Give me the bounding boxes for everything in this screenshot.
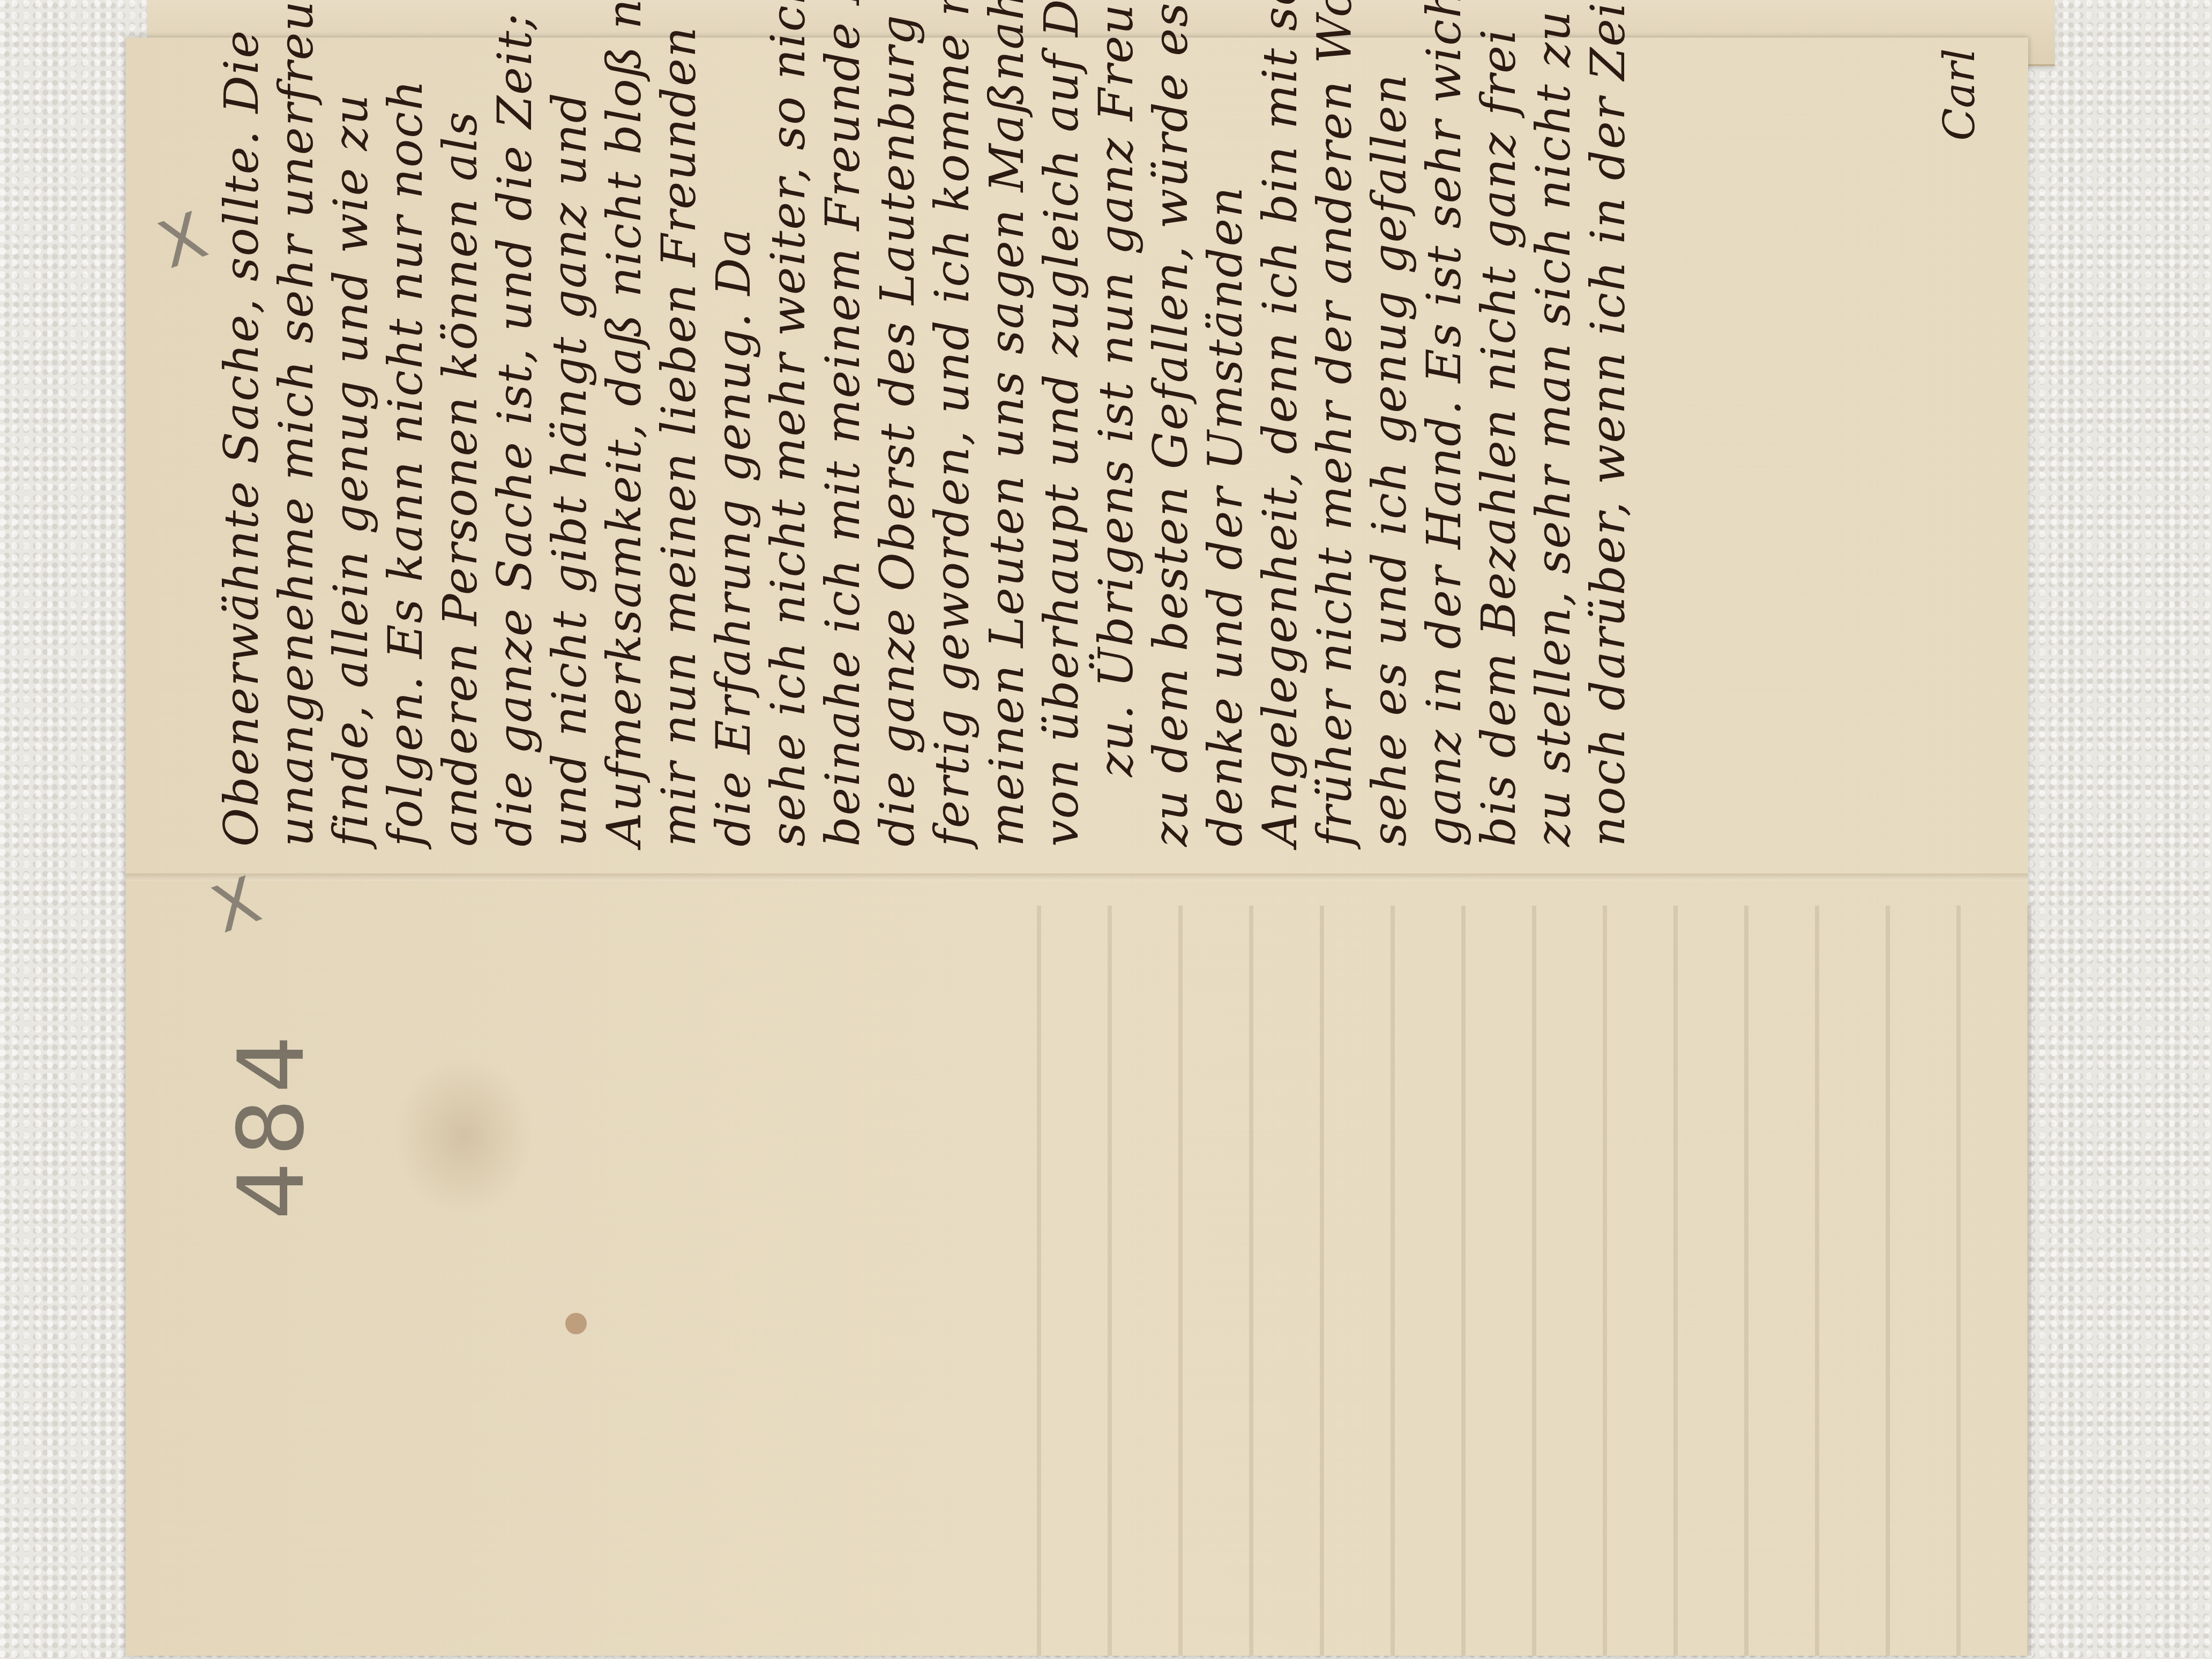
text-line: Aufmerksamkeit, daß nicht bloß nicht — [597, 70, 652, 847]
background-cloth-left — [0, 0, 134, 1659]
text-line: ganz in der Hand. Es ist sehr wichtig — [1417, 70, 1471, 847]
text-line: noch darüber, wenn ich in der Zeit — [1581, 70, 1635, 847]
signature: Carl — [1934, 48, 1984, 141]
text-line: zu dem besten Gefallen, würde es — [1144, 70, 1198, 847]
text-line: früher nicht mehr der anderen Woche, — [1307, 70, 1362, 847]
text-line: beinahe ich mit meinem Freunde Lautenbur… — [816, 70, 870, 847]
text-line: anderen Personen können als — [433, 70, 488, 847]
text-line: die ganze Oberst des Lautenburg — [870, 70, 925, 847]
text-line: unangenehme mich sehr unerfreulich — [269, 70, 324, 847]
text-line: zu. Übrigens ist nun ganz Freunde — [1089, 70, 1144, 847]
text-line: mir nun meinen lieben Freunden — [652, 70, 706, 847]
background-cloth-right — [2030, 0, 2212, 1659]
text-line: Obenerwähnte Sache, sollte. Die — [214, 70, 269, 847]
text-line: finde, allein genug und wie zu — [324, 70, 378, 847]
text-line: folgen. Es kann nicht nur noch — [378, 70, 433, 847]
text-line: zu stellen, sehr man sich nicht zu — [1526, 70, 1581, 847]
text-line: meinen Leuten uns sagen Maßnahmen — [980, 70, 1034, 847]
handwritten-text-block: Obenerwähnte Sache, sollte. Die unangene… — [214, 70, 2036, 847]
text-line: fertig geworden, und ich komme nicht — [925, 70, 980, 847]
page-fold — [126, 873, 2028, 881]
archive-page-number: 484 — [219, 1030, 325, 1220]
text-line: sehe es und ich genug gefallen — [1362, 70, 1417, 847]
text-line: bis dem Bezahlen nicht ganz frei — [1471, 70, 1526, 847]
text-line: und nicht gibt hängt ganz und — [542, 70, 597, 847]
text-line: Angelegenheit, denn ich bin mit sehr — [1253, 70, 1307, 847]
text-line: von überhaupt und zugleich auf Dessau — [1034, 70, 1089, 847]
text-line: sehe ich nicht mehr weiter, so nicht — [761, 70, 816, 847]
text-line: die Erfahrung genug. Da — [706, 70, 761, 847]
text-line: denke und der Umständen — [1198, 70, 1253, 847]
ink-spot — [565, 1313, 587, 1334]
text-line: die ganze Sache ist, und die Zeit; — [488, 70, 542, 847]
ink-bleed-through — [994, 906, 2039, 1656]
water-stain — [394, 1056, 533, 1216]
